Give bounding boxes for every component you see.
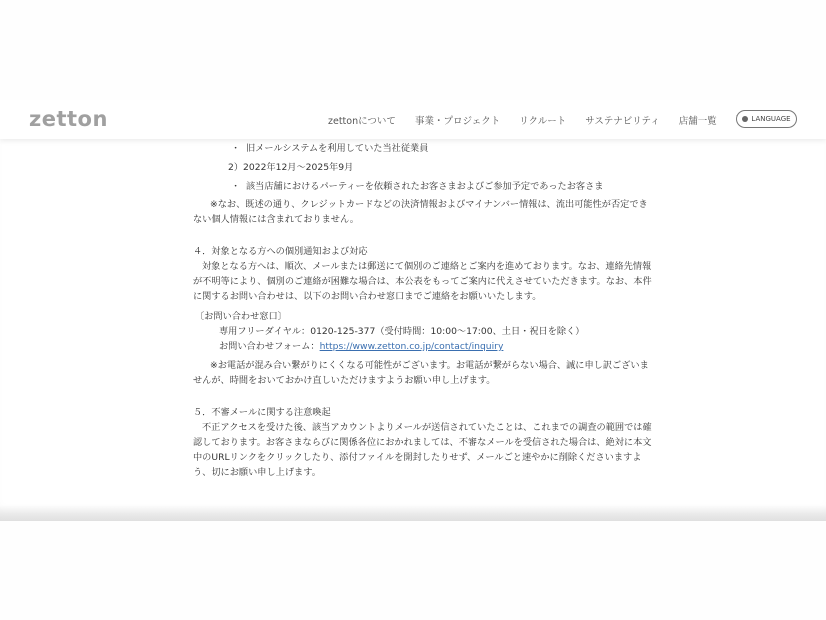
nav-item-business-projects[interactable]: 事業・プロジェクト [415, 113, 500, 127]
page-viewport: zetton zettonについて 事業・プロジェクト リクルート サステナビリ… [0, 100, 826, 520]
language-label: LANGUAGE [751, 115, 790, 123]
note-text: ※お電話が混み合い繋がりにくくなる可能性がございます。お電話が繋がらない場合、誠… [193, 358, 633, 373]
nav-item-about[interactable]: zettonについて [328, 113, 396, 127]
paragraph-line: 対象となる方へは、順次、メールまたは郵送にて個別のご連絡とご案内を進めております… [193, 259, 633, 274]
bottom-fade-shadow [0, 505, 826, 520]
nav-item-recruit[interactable]: リクルート [519, 113, 566, 127]
zetton-logo[interactable]: zetton [29, 107, 108, 131]
paragraph-line: 不正アクセスを受けた後、該当アカウントよりメールが送信されていたことは、これまで… [193, 420, 633, 435]
list-item: ・旧メールシステムを利用していた当社従業員 [193, 141, 633, 156]
globe-icon [742, 116, 748, 122]
form-label: お問い合わせフォーム： [219, 341, 320, 352]
note-text: せんが、時間をおいておかけ直しいただけますようお願い申し上げます。 [193, 373, 633, 388]
list-item: ・該当店舗におけるパーティーを依頼されたお客さまおよびご参加予定であったお客さま [193, 179, 633, 194]
bullet-dot: ・ [231, 179, 246, 194]
form-line: お問い合わせフォーム：https://www.zetton.co.jp/cont… [193, 339, 633, 354]
site-header: zetton zettonについて 事業・プロジェクト リクルート サステナビリ… [0, 100, 826, 139]
contact-window-title: 〔お問い合わせ窓口〕 [193, 309, 633, 324]
language-button[interactable]: LANGUAGE [736, 110, 797, 128]
bullet-dot: ・ [231, 141, 246, 156]
nav-item-sustainability[interactable]: サステナビリティ [585, 113, 659, 127]
article-body: ・旧メールシステムを利用していた当社従業員 2）2022年12月～2025年9月… [193, 140, 633, 480]
paragraph-line: 認しております。お客さまならびに関係各位におかれましては、不審なメールを受信され… [193, 435, 633, 450]
paragraph-line: が不明等により、個別のご連絡が困難な場合は、本公表をもってご案内に代えさせていた… [193, 274, 633, 289]
period-heading: 2）2022年12月～2025年9月 [193, 160, 633, 175]
inquiry-form-link[interactable]: https://www.zetton.co.jp/contact/inquiry [320, 341, 504, 352]
phone-line: 専用フリーダイヤル：0120-125-377（受付時間：10:00～17:00、… [193, 324, 633, 339]
section-5-heading: ５．不審メールに関する注意喚起 [193, 405, 633, 420]
blank-lower-area [0, 520, 826, 620]
paragraph-line: 中のURLリンクをクリックしたり、添付ファイルを開封したりせず、メールごと速やか… [193, 450, 633, 465]
paragraph-line: に関するお問い合わせは、以下のお問い合わせ窓口までご連絡をお願いいたします。 [193, 289, 633, 304]
section-4-heading: ４．対象となる方への個別通知および対応 [193, 244, 633, 259]
note-text: ※なお、既述の通り、クレジットカードなどの決済情報およびマイナンバー情報は、流出… [193, 197, 633, 212]
nav-item-store-list[interactable]: 店舗一覧 [679, 113, 717, 127]
paragraph-line: う、切にお願い申し上げます。 [193, 465, 633, 480]
note-text: ない個人情報には含まれておりません。 [193, 212, 633, 227]
main-nav: zettonについて 事業・プロジェクト リクルート サステナビリティ 店舗一覧… [328, 100, 783, 139]
